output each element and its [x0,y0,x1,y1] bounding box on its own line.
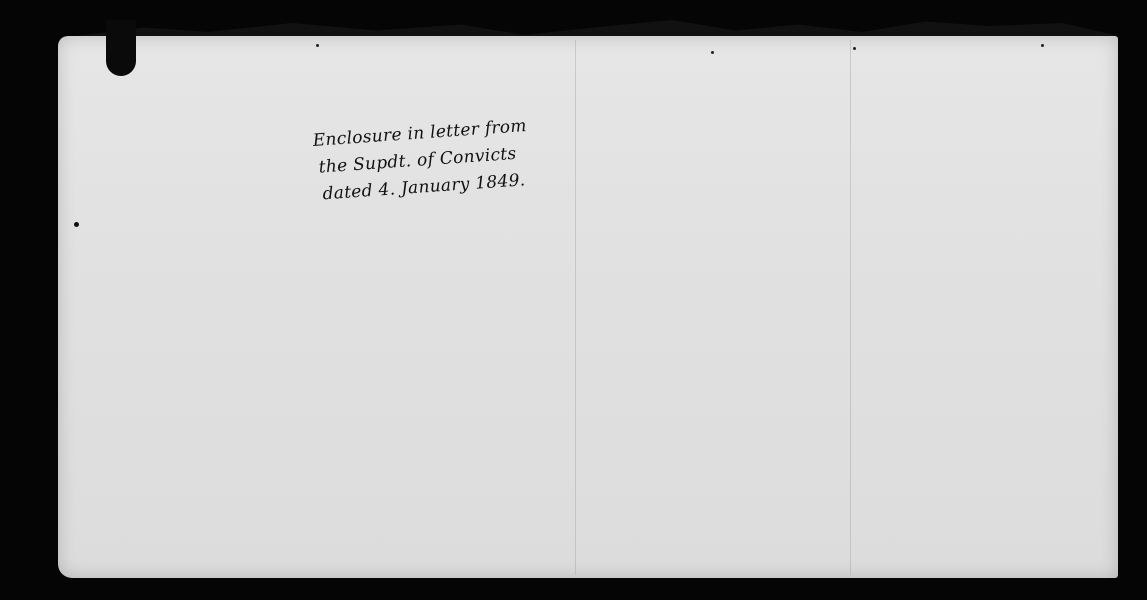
paper-speck [853,47,856,50]
paper-speck [316,44,319,47]
ink-dot [74,222,79,227]
document-scan: Enclosure in letter from the Supdt. of C… [0,0,1147,600]
paper-speck [711,51,714,54]
binding-hole [106,20,136,76]
fold-line [850,40,851,575]
paper-speck [1041,44,1044,47]
